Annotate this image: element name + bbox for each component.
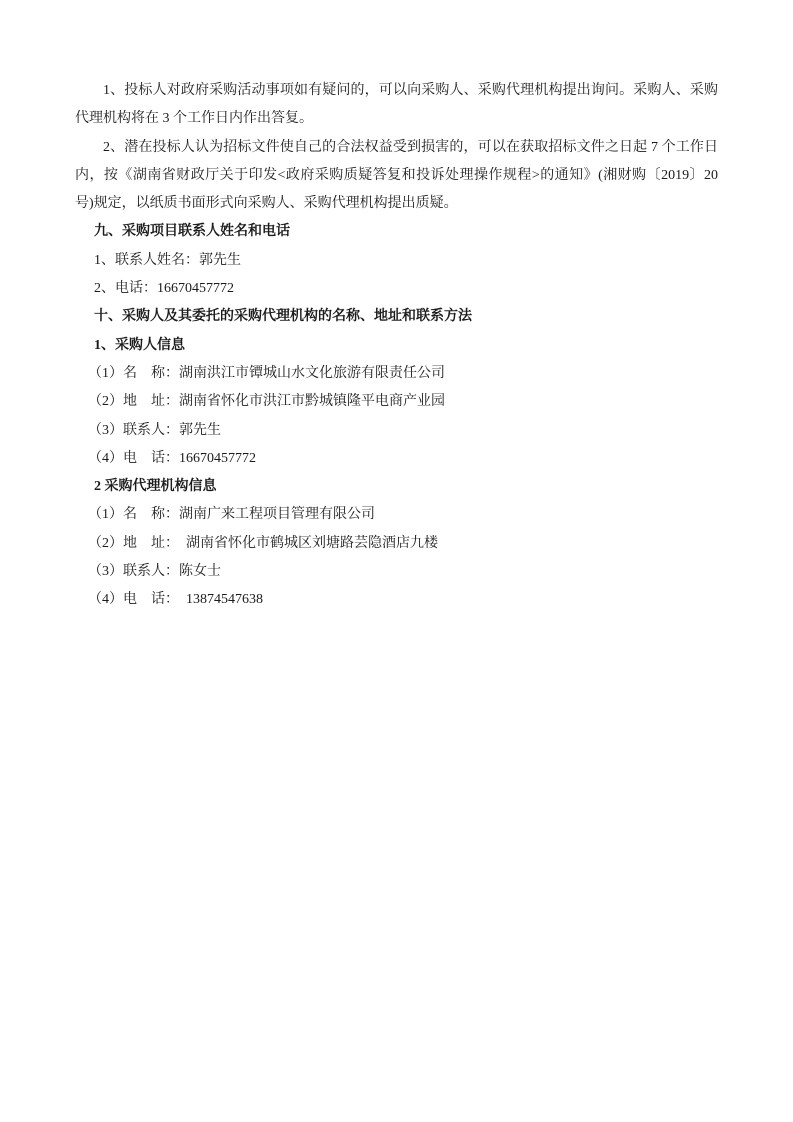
- purchaser-phone-line: （4）电 话：16670457772: [75, 445, 718, 473]
- subheading-purchaser-info: 1、采购人信息: [75, 332, 718, 360]
- contact-phone-line: 2、电话：16670457772: [75, 275, 718, 303]
- agency-name-line: （1）名 称：湖南广来工程项目管理有限公司: [75, 501, 718, 529]
- paragraph-dispute-notice: 2、潜在投标人认为招标文件使自己的合法权益受到损害的，可以在获取招标文件之日起 …: [75, 134, 718, 219]
- subheading-agency-info: 2 采购代理机构信息: [75, 473, 718, 501]
- heading-section-9: 九、采购项目联系人姓名和电话: [75, 218, 718, 246]
- purchaser-contact-line: （3）联系人：郭先生: [75, 417, 718, 445]
- purchaser-name-line: （1）名 称：湖南洪江市镡城山水文化旅游有限责任公司: [75, 360, 718, 388]
- agency-contact-line: （3）联系人：陈女士: [75, 558, 718, 586]
- document-body: 1、投标人对政府采购活动事项如有疑问的，可以向采购人、采购代理机构提出询问。采购…: [75, 77, 718, 615]
- paragraph-inquiry-notice: 1、投标人对政府采购活动事项如有疑问的，可以向采购人、采购代理机构提出询问。采购…: [75, 77, 718, 134]
- contact-name-line: 1、联系人姓名：郭先生: [75, 247, 718, 275]
- heading-section-10: 十、采购人及其委托的采购代理机构的名称、地址和联系方法: [75, 303, 718, 331]
- agency-phone-line: （4）电 话： 13874547638: [75, 586, 718, 614]
- purchaser-address-line: （2）地 址：湖南省怀化市洪江市黔城镇隆平电商产业园: [75, 388, 718, 416]
- agency-address-line: （2）地 址： 湖南省怀化市鹤城区刘塘路芸隐酒店九楼: [75, 530, 718, 558]
- document-page: 1、投标人对政府采购活动事项如有疑问的，可以向采购人、采购代理机构提出询问。采购…: [0, 0, 793, 1122]
